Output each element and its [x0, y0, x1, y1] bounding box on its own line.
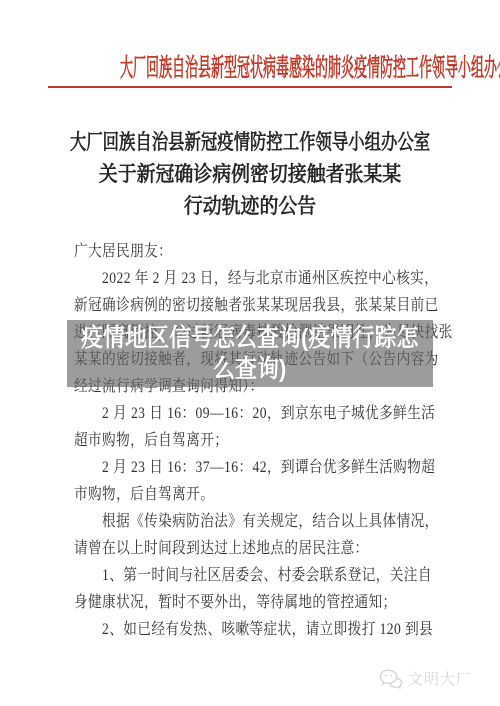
body-line: 2 月 23 日 16：09—16：20，到京东电子城优多鲜生活 [74, 400, 380, 427]
body-line: 广大居民朋友： [74, 238, 380, 265]
letterhead-divider [48, 86, 452, 88]
document-page: { "document": { "banner": { "text": "大厂回… [0, 0, 500, 706]
title-line-3: 行动轨迹的公告 [25, 190, 475, 222]
body-line: 超市购物，后自驾离开； [74, 427, 380, 454]
body-line: 身健康状况，暂时不要外出，等待属地的管控通知； [74, 589, 380, 616]
watermark: 文明大厂 [379, 668, 472, 689]
letterhead-title: 大厂回族自治县新型冠状病毒感染的肺炎疫情防控工作领导小组办公室 [120, 48, 380, 84]
body-line: 2 月 23 日 16：37—16：42，到谭台优多鲜生活购物超 [74, 454, 380, 481]
title-line-1: 大厂回族自治县新冠疫情防控工作领导小组办公室 [55, 126, 445, 158]
watermark-label: 文明大厂 [408, 668, 472, 689]
title-line-2: 关于新冠确诊病例密切接触者张某某 [25, 158, 475, 190]
body-line: 新冠确诊病例的密切接触者张某某现居我县，张某某目前已 [74, 292, 380, 319]
wechat-icon [379, 669, 403, 689]
caption-overlay-text-line-2: 么查询) [213, 354, 286, 385]
document-title: 大厂回族自治县新冠疫情防控工作领导小组办公室 关于新冠确诊病例密切接触者张某某 … [0, 126, 500, 222]
caption-overlay-text-line-1: 疫情地区信号怎么查询(疫情行踪怎 [81, 323, 418, 354]
caption-overlay: 疫情地区信号怎么查询(疫情行踪怎 么查询) [67, 320, 433, 387]
body-line: 请曾在以上时间段到达过上述地点的居民注意： [74, 535, 380, 562]
body-line: 市购物，后自驾离开。 [74, 481, 380, 508]
body-line: 1、第一时间与社区居委会、村委会联系登记，关注自 [74, 562, 380, 589]
body-line: 2022 年 2 月 23 日，经与北京市通州区疾控中心核实， [74, 265, 380, 292]
document-body: 广大居民朋友： 2022 年 2 月 23 日，经与北京市通州区疾控中心核实， … [74, 238, 434, 643]
body-line: 根据《传染病防治法》有关规定，结合以上具体情况， [74, 508, 380, 535]
body-line: 2、如已经有发热、咳嗽等症状，请立即拨打 120 到县 [74, 616, 380, 643]
